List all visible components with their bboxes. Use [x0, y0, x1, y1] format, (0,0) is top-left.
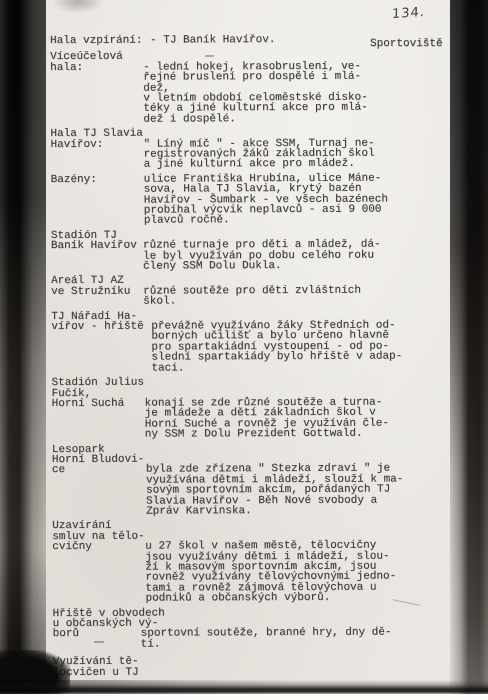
section-description: převážně využíváno žáky Středních od- bo… [151, 321, 402, 374]
section-term: Areál TJ AZ ve Stružníku [51, 276, 143, 297]
doc-section: Víceúčelová hala:- lední hokej, krasobru… [50, 51, 454, 126]
section-term: Hřiště v obvodech u občanských vý- borů [52, 608, 140, 640]
section-description: u 27 škol v našem městě, tělocvičny jsou… [145, 541, 396, 605]
doc-section: Stadión Julius Fučík, Horní Suchákonají … [51, 376, 455, 440]
section-term: Uzavírání smluv na tělo- cvičny [52, 521, 145, 553]
section-term: Stadión Julius Fučík, Horní Suchá [51, 378, 144, 410]
doc-section: TJ Nářadí Ha- vířov - hřištěpřevážně vyu… [51, 310, 455, 374]
doc-section: Hala TJ Slavia Havířov:" Líný míč " - ak… [50, 127, 454, 170]
section-description: - lední hokej, krasobruslení, ve- řejné … [143, 61, 368, 124]
section-term: Víceúčelová hala: [50, 52, 143, 73]
section-term: Hala vzpírání: [50, 36, 150, 47]
doc-section: Uzavírání smluv na tělo- cvičnyu 27 škol… [52, 520, 456, 605]
doc-section: Areál TJ AZ ve Stružníkurůzné soutěže pr… [51, 275, 455, 308]
section-term: Využívání tě- locvičen u TJ [53, 657, 146, 678]
document-body: Hala vzpírání:- TJ Baník Havířov.Víceúče… [50, 34, 457, 678]
section-description: byla zde zřízena " Stezka zdraví " je vy… [146, 464, 404, 517]
doc-section: Stadión TJ Baník Havířovrůzné turnaje pr… [51, 229, 455, 272]
section-description: - TJ Baník Havířov. [150, 35, 275, 46]
section-term: TJ Nářadí Ha- vířov - hřiště [51, 311, 151, 332]
section-term: Bazény: [51, 174, 144, 185]
handwritten-page-number: 134. [392, 5, 425, 22]
doc-section: Využívání tě- locvičen u TJ [53, 655, 457, 678]
section-term: Hala TJ Slavia Havířov: [50, 129, 143, 150]
doc-section: Bazény:ulice Františka Hrubína, ulice Má… [51, 173, 455, 227]
scan-shadow-bottom [0, 680, 488, 696]
section-term: Stadión TJ Baník Havířov [51, 230, 143, 251]
section-description: různé turnaje pro děti a mládež, dá- le … [143, 240, 381, 272]
section-description: konají se zde různé soutěže a turna- je … [145, 397, 389, 440]
section-description: různé soutěže pro děti zvláštních škol. [143, 286, 361, 308]
section-term: Lesopark Horní Bludovi- ce [52, 444, 146, 476]
scanned-page: 134. Sportoviště Hala vzpírání:- TJ Baní… [0, 0, 488, 700]
scan-edge-white [0, 694, 488, 700]
doc-section: Hřiště v obvodech u občanských vý- borůs… [52, 607, 456, 650]
doc-section: Hala vzpírání:- TJ Baník Havířov. [50, 34, 454, 46]
scan-smudge [52, 0, 104, 14]
section-description: sportovní soutěže, branné hry, dny dě- t… [141, 628, 392, 650]
section-description: ulice Františka Hrubína, ulice Máne- sov… [144, 173, 388, 226]
scan-shadow-left [0, 0, 46, 700]
doc-section: Lesopark Horní Bludovi- cebyla zde zříze… [52, 443, 456, 518]
section-description: " Líný míč " - akce SSM, Turnaj ne- regi… [143, 138, 374, 170]
